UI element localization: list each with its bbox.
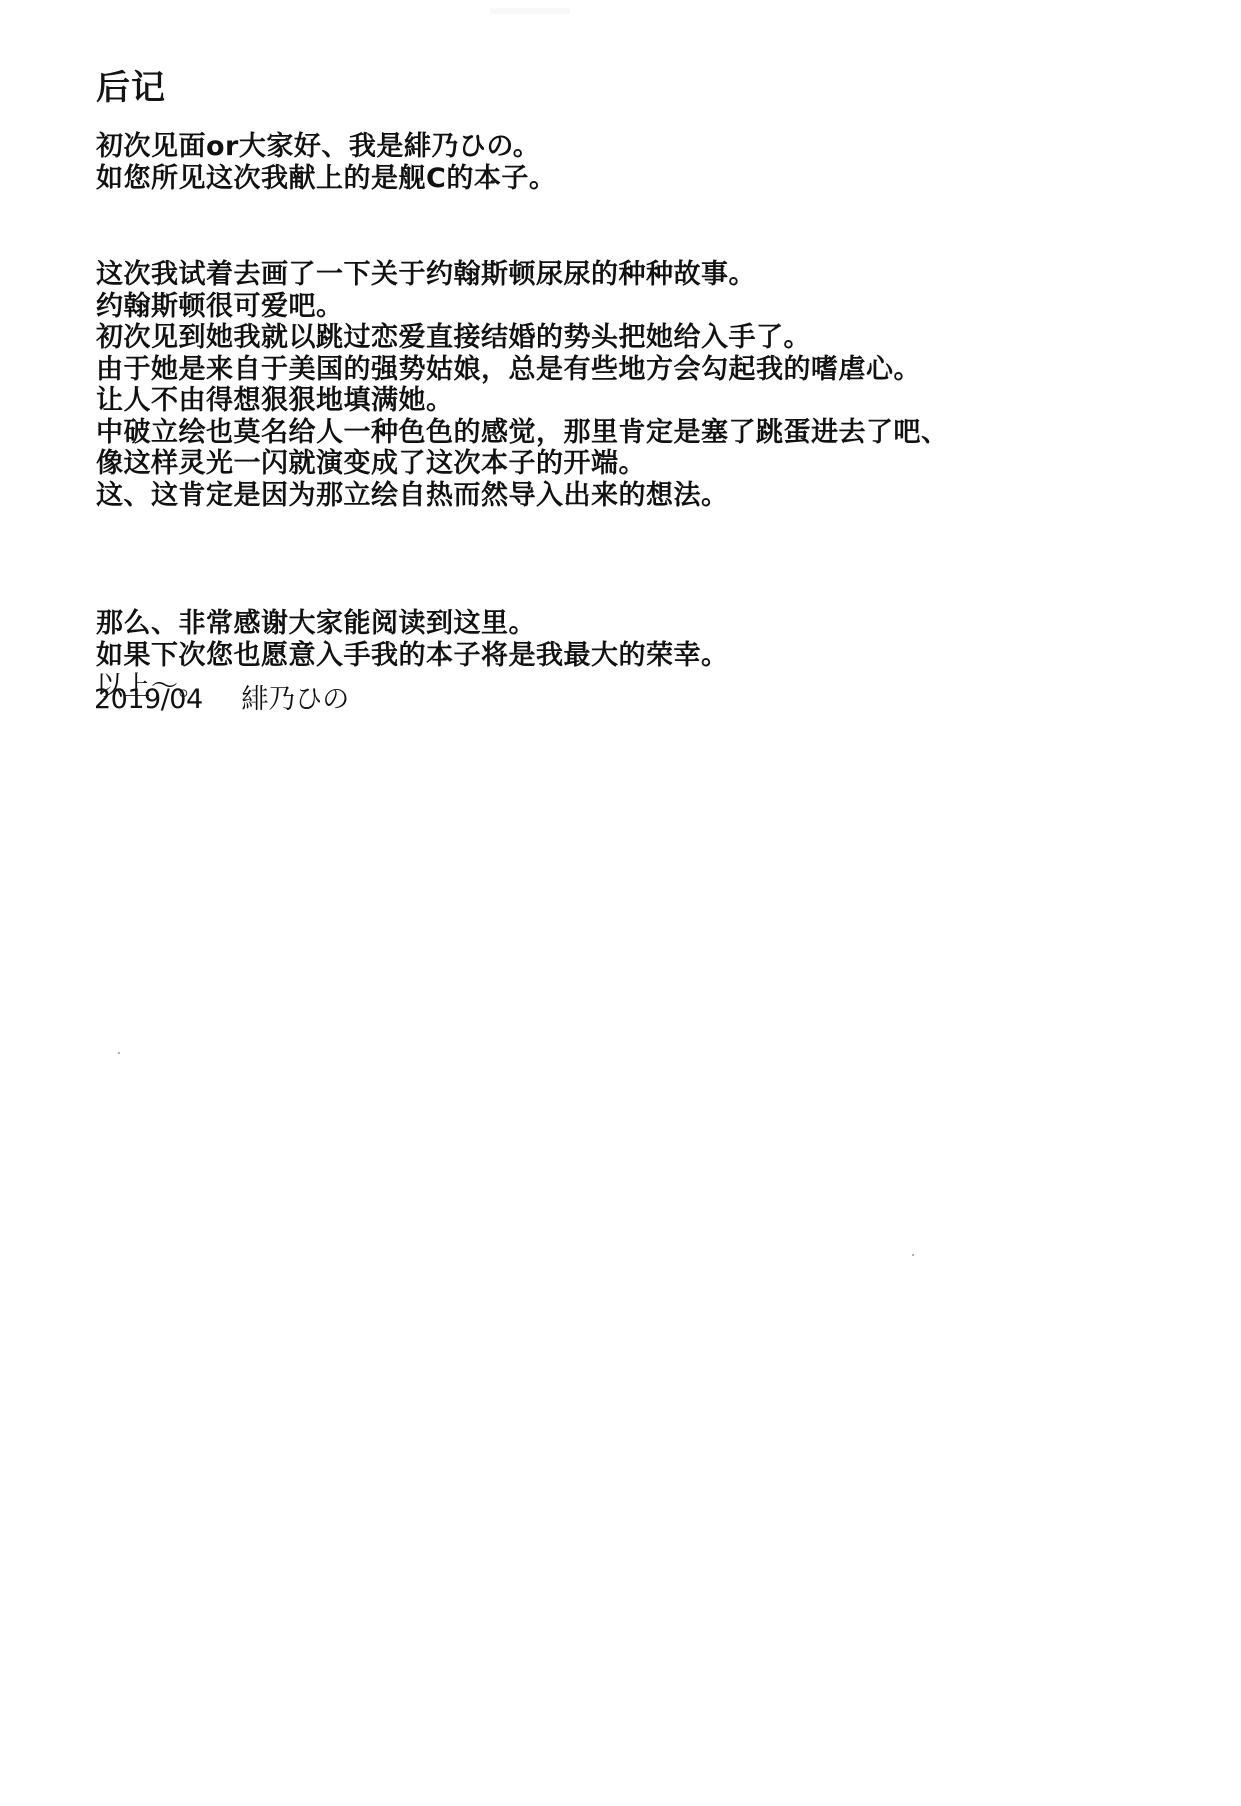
document-page: 后记 初次见面or大家好、我是緋乃ひの。 如您所见这次我献上的是舰C的本子。 这… bbox=[0, 0, 1241, 1806]
signature-author: 緋乃ひの bbox=[241, 684, 349, 715]
text-line: 这、这肯定是因为那立绘自热而然导入出来的想法。 bbox=[96, 480, 949, 512]
text-line: 由于她是来自于美国的强势姑娘，总是有些地方会勾起我的嗜虐心。 bbox=[96, 354, 949, 386]
signature: 2019/04 緋乃ひの bbox=[94, 684, 349, 716]
text-line: 让人不由得想狠狠地填满她。 bbox=[96, 385, 949, 417]
text-line: 这次我试着去画了一下关于约翰斯顿尿尿的种种故事。 bbox=[96, 259, 949, 291]
paragraph-story: 这次我试着去画了一下关于约翰斯顿尿尿的种种故事。 约翰斯顿很可爱吧。 初次见到她… bbox=[96, 259, 949, 511]
scan-speck bbox=[118, 1052, 120, 1054]
signature-date: 2019/04 bbox=[94, 684, 203, 716]
text-line: 中破立绘也莫名给人一种色色的感觉，那里肯定是塞了跳蛋进去了吧、 bbox=[96, 417, 949, 449]
text-line: 如果下次您也愿意入手我的本子将是我最大的荣幸。 bbox=[96, 640, 729, 672]
text-line: 初次见到她我就以跳过恋爱直接结婚的势头把她给入手了。 bbox=[96, 322, 949, 354]
page-title: 后记 bbox=[96, 68, 166, 108]
paragraph-greeting: 初次见面or大家好、我是緋乃ひの。 如您所见这次我献上的是舰C的本子。 bbox=[96, 131, 556, 194]
text-line: 那么、非常感谢大家能阅读到这里。 bbox=[96, 608, 729, 640]
text-line: 像这样灵光一闪就演变成了这次本子的开端。 bbox=[96, 448, 949, 480]
scan-speck bbox=[912, 1254, 914, 1256]
text-line: 初次见面or大家好、我是緋乃ひの。 bbox=[96, 131, 556, 163]
text-line: 如您所见这次我献上的是舰C的本子。 bbox=[96, 163, 556, 195]
text-line: 约翰斯顿很可爱吧。 bbox=[96, 291, 949, 323]
scan-artifact bbox=[490, 8, 570, 14]
